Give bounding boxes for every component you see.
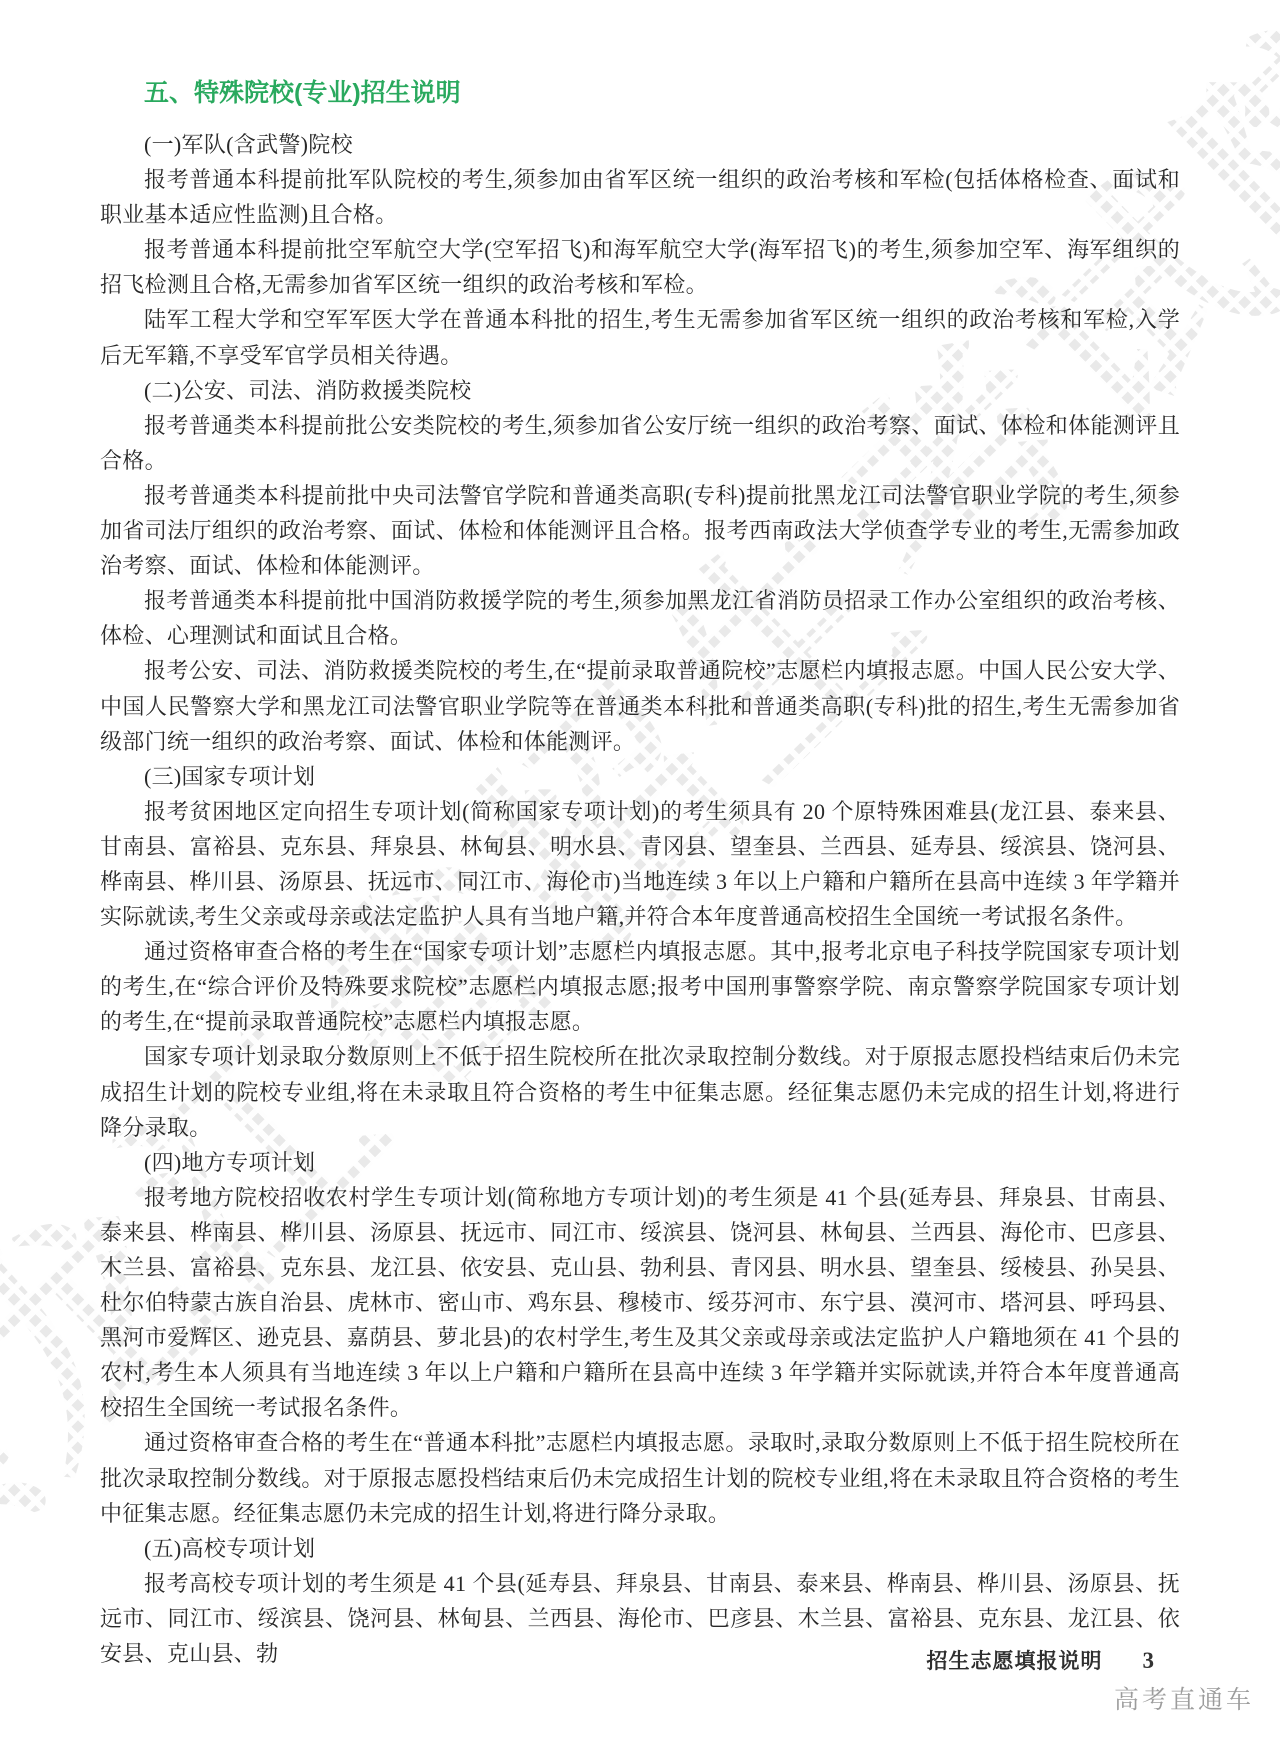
footer-page-number: 3 bbox=[1143, 1648, 1155, 1674]
paragraph: 报考贫困地区定向招生专项计划(简称国家专项计划)的考生须具有 20 个原特殊困难… bbox=[100, 794, 1180, 934]
document-page: { "page": { "title": "五、特殊院校(专业)招生说明", "… bbox=[0, 0, 1280, 1737]
page-footer: 招生志愿填报说明 3 bbox=[927, 1645, 1155, 1675]
document-content: 五、特殊院校(专业)招生说明 (一)军队(含武警)院校 报考普通本科提前批军队院… bbox=[100, 76, 1180, 1671]
section-heading: 五、特殊院校(专业)招生说明 bbox=[100, 76, 1180, 110]
brand-watermark: 高考直通车 bbox=[1114, 1680, 1254, 1716]
paragraph: 报考普通本科提前批军队院校的考生,须参加由省军区统一组织的政治考核和军检(包括体… bbox=[100, 162, 1180, 232]
subsection-heading-1: (一)军队(含武警)院校 bbox=[100, 127, 1180, 162]
paragraph: 报考普通类本科提前批中国消防救援学院的考生,须参加黑龙江省消防员招录工作办公室组… bbox=[100, 583, 1180, 653]
paragraph: 报考普通类本科提前批公安类院校的考生,须参加省公安厅统一组织的政治考察、面试、体… bbox=[100, 408, 1180, 478]
paragraph: 陆军工程大学和空军军医大学在普通本科批的招生,考生无需参加省军区统一组织的政治考… bbox=[100, 302, 1180, 372]
paragraph: 通过资格审查合格的考生在“普通本科批”志愿栏内填报志愿。录取时,录取分数原则上不… bbox=[100, 1425, 1180, 1530]
paragraph: 国家专项计划录取分数原则上不低于招生院校所在批次录取控制分数线。对于原报志愿投档… bbox=[100, 1039, 1180, 1144]
paragraph: 报考公安、司法、消防救援类院校的考生,在“提前录取普通院校”志愿栏内填报志愿。中… bbox=[100, 653, 1180, 758]
paragraph: 报考普通类本科提前批中央司法警官学院和普通类高职(专科)提前批黑龙江司法警官职业… bbox=[100, 478, 1180, 583]
subsection-heading-4: (四)地方专项计划 bbox=[100, 1145, 1180, 1180]
paragraph: 报考普通本科提前批空军航空大学(空军招飞)和海军航空大学(海军招飞)的考生,须参… bbox=[100, 232, 1180, 302]
footer-document-title: 招生志愿填报说明 bbox=[927, 1645, 1103, 1675]
paragraph: 报考地方院校招收农村学生专项计划(简称地方专项计划)的考生须是 41 个县(延寿… bbox=[100, 1180, 1180, 1426]
paragraph: 通过资格审查合格的考生在“国家专项计划”志愿栏内填报志愿。其中,报考北京电子科技… bbox=[100, 934, 1180, 1039]
subsection-heading-3: (三)国家专项计划 bbox=[100, 759, 1180, 794]
subsection-heading-5: (五)高校专项计划 bbox=[100, 1531, 1180, 1566]
subsection-heading-2: (二)公安、司法、消防救援类院校 bbox=[100, 373, 1180, 408]
